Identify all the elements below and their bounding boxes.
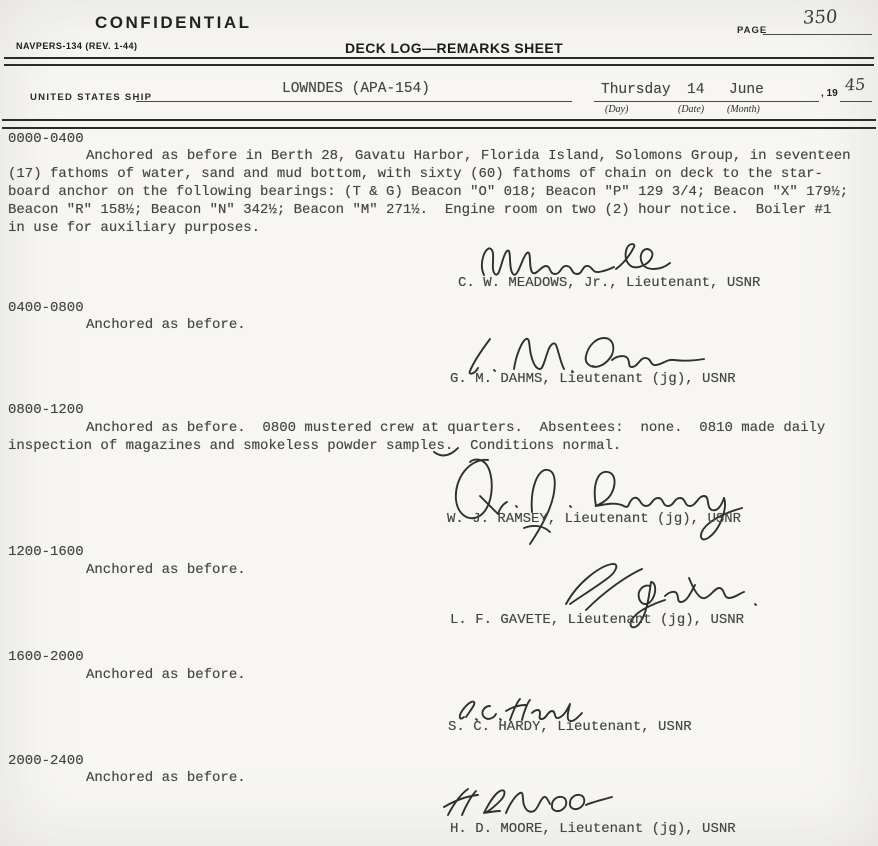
log-line: Anchored as before. 0800 mustered crew a… [8, 419, 874, 437]
signer-typed-name: C. W. MEADOWS, Jr., Lieutenant, USNR [458, 274, 760, 292]
log-line: Anchored as before. [86, 316, 246, 334]
form-number: NAVPERS-134 (REV. 1-44) [16, 41, 138, 51]
classification-stamp: CONFIDENTIAL [95, 13, 252, 33]
year-handwritten: 45 [844, 75, 866, 95]
divider-rule-top [4, 57, 874, 66]
year-line [840, 100, 872, 102]
log-line: Beacon "R" 158½; Beacon "N" 342½; Beacon… [8, 201, 874, 219]
log-entry-text: Anchored as before in Berth 28, Gavatu H… [8, 147, 874, 237]
signer-typed-name: S. C. HARDY, Lieutenant, USNR [448, 718, 692, 736]
ship-label: UNITED STATES SHIP [30, 92, 152, 103]
signer-typed-name: G. M. DAHMS, Lieutenant (jg), USNR [450, 370, 736, 388]
watch-header: 0800-1200 [8, 401, 84, 419]
log-line: board anchor on the following bearings: … [8, 183, 874, 201]
log-line: (17) fathoms of water, sand and mud bott… [8, 165, 874, 183]
page-number-line [763, 33, 872, 35]
watch-header: 0400-0800 [8, 299, 84, 317]
form-title: DECK LOG—REMARKS SHEET [345, 40, 563, 56]
watch-header: 1200-1600 [8, 543, 84, 561]
watch-header: 2000-2400 [8, 752, 84, 770]
deck-log-remarks-sheet: CONFIDENTIAL PAGE 350 NAVPERS-134 (REV. … [0, 0, 878, 846]
date-date-typed: 14 [687, 81, 704, 99]
signature-ramsey [428, 438, 776, 548]
divider-rule-bottom [2, 119, 876, 129]
signer-typed-name: H. D. MOORE, Lieutenant (jg), USNR [450, 820, 736, 838]
date-month-typed: June [729, 81, 764, 99]
signer-typed-name: L. F. GAVETE, Lieutenant (jg), USNR [450, 611, 744, 629]
ship-name-line [136, 100, 572, 102]
log-line: Anchored as before in Berth 28, Gavatu H… [8, 147, 874, 165]
year-prefix: , 19 [821, 88, 838, 99]
page-number-handwritten: 350 [802, 6, 838, 28]
signer-typed-name: W. J. RAMSEY, Lieutenant (jg), USNR [447, 510, 741, 528]
date-line [594, 100, 819, 102]
date-caption: (Date) [678, 104, 704, 115]
watch-header: 0000-0400 [8, 130, 84, 148]
log-line: in use for auxiliary purposes. [8, 219, 874, 237]
watch-header: 1600-2000 [8, 648, 84, 666]
log-line: Anchored as before. [86, 769, 246, 787]
day-caption: (Day) [605, 104, 628, 115]
log-line: Anchored as before. [86, 666, 246, 684]
date-day-typed: Thursday [601, 81, 671, 99]
ship-name-typed: LOWNDES (APA-154) [282, 80, 430, 98]
month-caption: (Month) [727, 104, 760, 115]
signature-moore [442, 785, 614, 821]
log-line: Anchored as before. [86, 561, 246, 579]
